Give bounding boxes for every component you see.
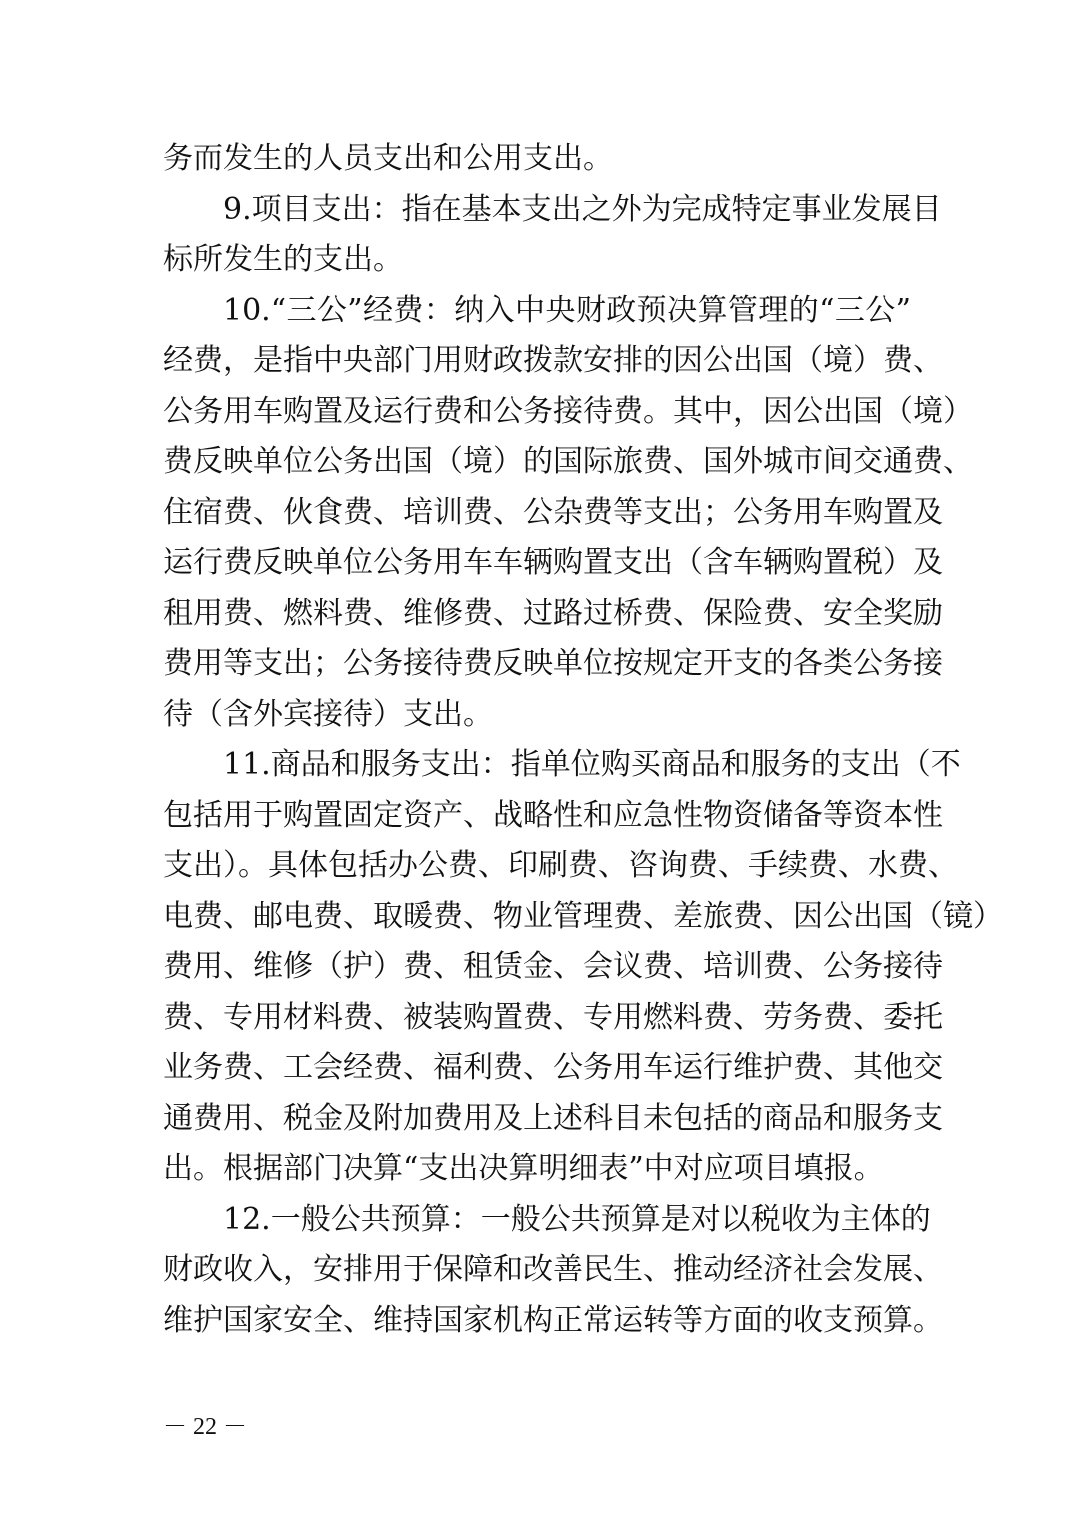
text-line: 费用等支出；公务接待费反映单位按规定开支的各类公务接: [163, 639, 911, 690]
text-line: 经费，是指中央部门用财政拨款安排的因公出国（境）费、: [163, 336, 911, 387]
text-line: 公务用车购置及运行费和公务接待费。其中，因公出国（境）: [163, 387, 911, 438]
text-line: 10.“三公”经费：纳入中央财政预决算管理的“三公”: [163, 286, 911, 337]
body-text: 务而发生的人员支出和公用支出。 9.项目支出：指在基本支出之外为完成特定事业发展…: [163, 134, 911, 1346]
text-line: 费、专用材料费、被装购置费、专用燃料费、劳务费、委托: [163, 993, 911, 1044]
text-line: 待（含外宾接待）支出。: [163, 690, 911, 741]
text-line: 维护国家安全、维持国家机构正常运转等方面的收支预算。: [163, 1296, 911, 1347]
paragraph-10-three-public-expenses: 10.“三公”经费：纳入中央财政预决算管理的“三公” 经费，是指中央部门用财政拨…: [163, 286, 911, 741]
text-line: 电费、邮电费、取暖费、物业管理费、差旅费、因公出国（镜）: [163, 892, 911, 943]
text-line: 出。根据部门决算“支出决算明细表”中对应项目填报。: [163, 1144, 911, 1195]
paragraph-8-tail: 务而发生的人员支出和公用支出。: [163, 134, 911, 185]
paragraph-12-general-public-budget: 12.一般公共预算：一般公共预算是对以税收为主体的 财政收入，安排用于保障和改善…: [163, 1195, 911, 1347]
text-line: 支出）。具体包括办公费、印刷费、咨询费、手续费、水费、: [163, 841, 911, 892]
document-page: 务而发生的人员支出和公用支出。 9.项目支出：指在基本支出之外为完成特定事业发展…: [0, 0, 1074, 1520]
text-line: 包括用于购置固定资产、战略性和应急性物资储备等资本性: [163, 791, 911, 842]
text-line: 11.商品和服务支出：指单位购买商品和服务的支出（不: [163, 740, 911, 791]
text-line: 标所发生的支出。: [163, 235, 911, 286]
text-line: 租用费、燃料费、维修费、过路过桥费、保险费、安全奖励: [163, 589, 911, 640]
text-line: 业务费、工会经费、福利费、公务用车运行维护费、其他交: [163, 1043, 911, 1094]
text-line: 费用、维修（护）费、租赁金、会议费、培训费、公务接待: [163, 942, 911, 993]
text-line: 财政收入，安排用于保障和改善民生、推动经济社会发展、: [163, 1245, 911, 1296]
text-line: 12.一般公共预算：一般公共预算是对以税收为主体的: [163, 1195, 911, 1246]
page-number: － 22 －: [163, 1412, 247, 1442]
text-line: 通费用、税金及附加费用及上述科目未包括的商品和服务支: [163, 1094, 911, 1145]
text-line: 9.项目支出：指在基本支出之外为完成特定事业发展目: [163, 185, 911, 236]
text-line: 运行费反映单位公务用车车辆购置支出（含车辆购置税）及: [163, 538, 911, 589]
text-line: 费反映单位公务出国（境）的国际旅费、国外城市间交通费、: [163, 437, 911, 488]
text-line: 住宿费、伙食费、培训费、公杂费等支出；公务用车购置及: [163, 488, 911, 539]
text-line: 务而发生的人员支出和公用支出。: [163, 134, 911, 185]
paragraph-11-goods-and-services: 11.商品和服务支出：指单位购买商品和服务的支出（不 包括用于购置固定资产、战略…: [163, 740, 911, 1195]
paragraph-9-project-expenditure: 9.项目支出：指在基本支出之外为完成特定事业发展目 标所发生的支出。: [163, 185, 911, 286]
